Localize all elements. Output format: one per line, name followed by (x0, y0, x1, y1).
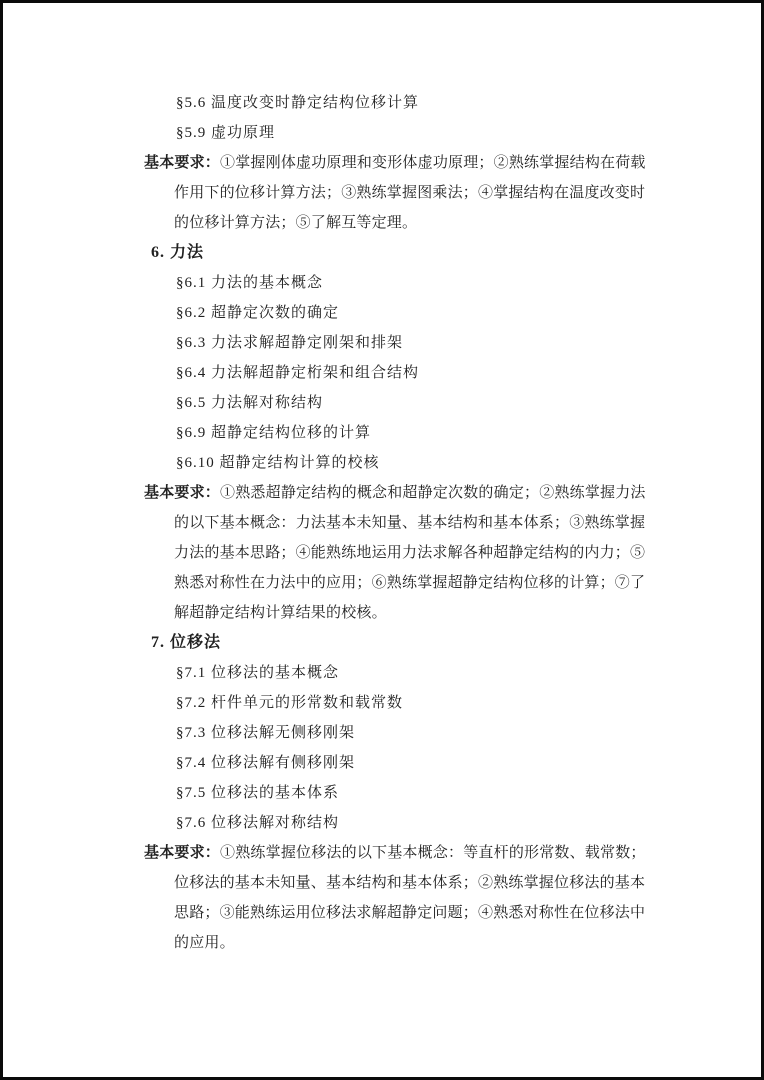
section5-item-1: §5.6 温度改变时静定结构位移计算 (3, 88, 761, 118)
section6-item-2: §6.2 超静定次数的确定 (3, 298, 761, 328)
section7-item-3: §7.3 位移法解无侧移刚架 (3, 718, 761, 748)
section6-item-1: §6.1 力法的基本概念 (3, 268, 761, 298)
section5-requirement-text-1: ①掌握刚体虚功原理和变形体虚功原理；②熟练掌握结构在荷载 (220, 155, 646, 171)
section6-requirement-line-5: 解超静定结构计算结果的校核。 (3, 598, 761, 628)
section7-requirement-text-1: ①熟练掌握位移法的以下基本概念：等直杆的形常数、载常数； (220, 845, 646, 861)
section7-item-6: §7.6 位移法解对称结构 (3, 808, 761, 838)
section6-item-4: §6.4 力法解超静定桁架和组合结构 (3, 358, 761, 388)
section7-item-5: §7.5 位移法的基本体系 (3, 778, 761, 808)
section5-item-2: §5.9 虚功原理 (3, 118, 761, 148)
section6-item-5: §6.5 力法解对称结构 (3, 388, 761, 418)
section7-item-1: §7.1 位移法的基本概念 (3, 658, 761, 688)
section6-item-3: §6.3 力法求解超静定刚架和排架 (3, 328, 761, 358)
section5-requirement-label: 基本要求： (144, 155, 220, 171)
section6-item-6: §6.9 超静定结构位移的计算 (3, 418, 761, 448)
section7-requirement-label: 基本要求： (144, 845, 220, 861)
section6-requirement-line-4: 熟悉对称性在力法中的应用；⑥熟练掌握超静定结构位移的计算；⑦了 (3, 568, 761, 598)
section7-item-4: §7.4 位移法解有侧移刚架 (3, 748, 761, 778)
section7-requirement-line-3: 思路；③能熟练运用位移法求解超静定问题；④熟悉对称性在位移法中 (3, 898, 761, 928)
section6-requirement-line-1: 基本要求：①熟悉超静定结构的概念和超静定次数的确定；②熟练掌握力法 (3, 478, 761, 508)
section7-requirement-line-4: 的应用。 (3, 928, 761, 958)
section6-item-7: §6.10 超静定结构计算的校核 (3, 448, 761, 478)
section6-requirement-line-3: 力法的基本思路；④能熟练地运用力法求解各种超静定结构的内力；⑤ (3, 538, 761, 568)
section6-requirement-label: 基本要求： (144, 485, 220, 501)
section5-requirement-line-2: 作用下的位移计算方法；③熟练掌握图乘法；④掌握结构在温度改变时 (3, 178, 761, 208)
document-page: §5.6 温度改变时静定结构位移计算 §5.9 虚功原理 基本要求：①掌握刚体虚… (0, 0, 764, 1080)
section7-requirement-line-1: 基本要求：①熟练掌握位移法的以下基本概念：等直杆的形常数、载常数； (3, 838, 761, 868)
document-content: §5.6 温度改变时静定结构位移计算 §5.9 虚功原理 基本要求：①掌握刚体虚… (3, 88, 761, 958)
section7-heading: 7. 位移法 (3, 628, 761, 658)
section7-requirement-line-2: 位移法的基本未知量、基本结构和基本体系；②熟练掌握位移法的基本 (3, 868, 761, 898)
section5-requirement-line-3: 的位移计算方法；⑤了解互等定理。 (3, 208, 761, 238)
section7-item-2: §7.2 杆件单元的形常数和载常数 (3, 688, 761, 718)
section6-requirement-text-1: ①熟悉超静定结构的概念和超静定次数的确定；②熟练掌握力法 (220, 485, 646, 501)
section6-requirement-line-2: 的以下基本概念：力法基本未知量、基本结构和基本体系；③熟练掌握 (3, 508, 761, 538)
section6-heading: 6. 力法 (3, 238, 761, 268)
section5-requirement-line-1: 基本要求：①掌握刚体虚功原理和变形体虚功原理；②熟练掌握结构在荷载 (3, 148, 761, 178)
